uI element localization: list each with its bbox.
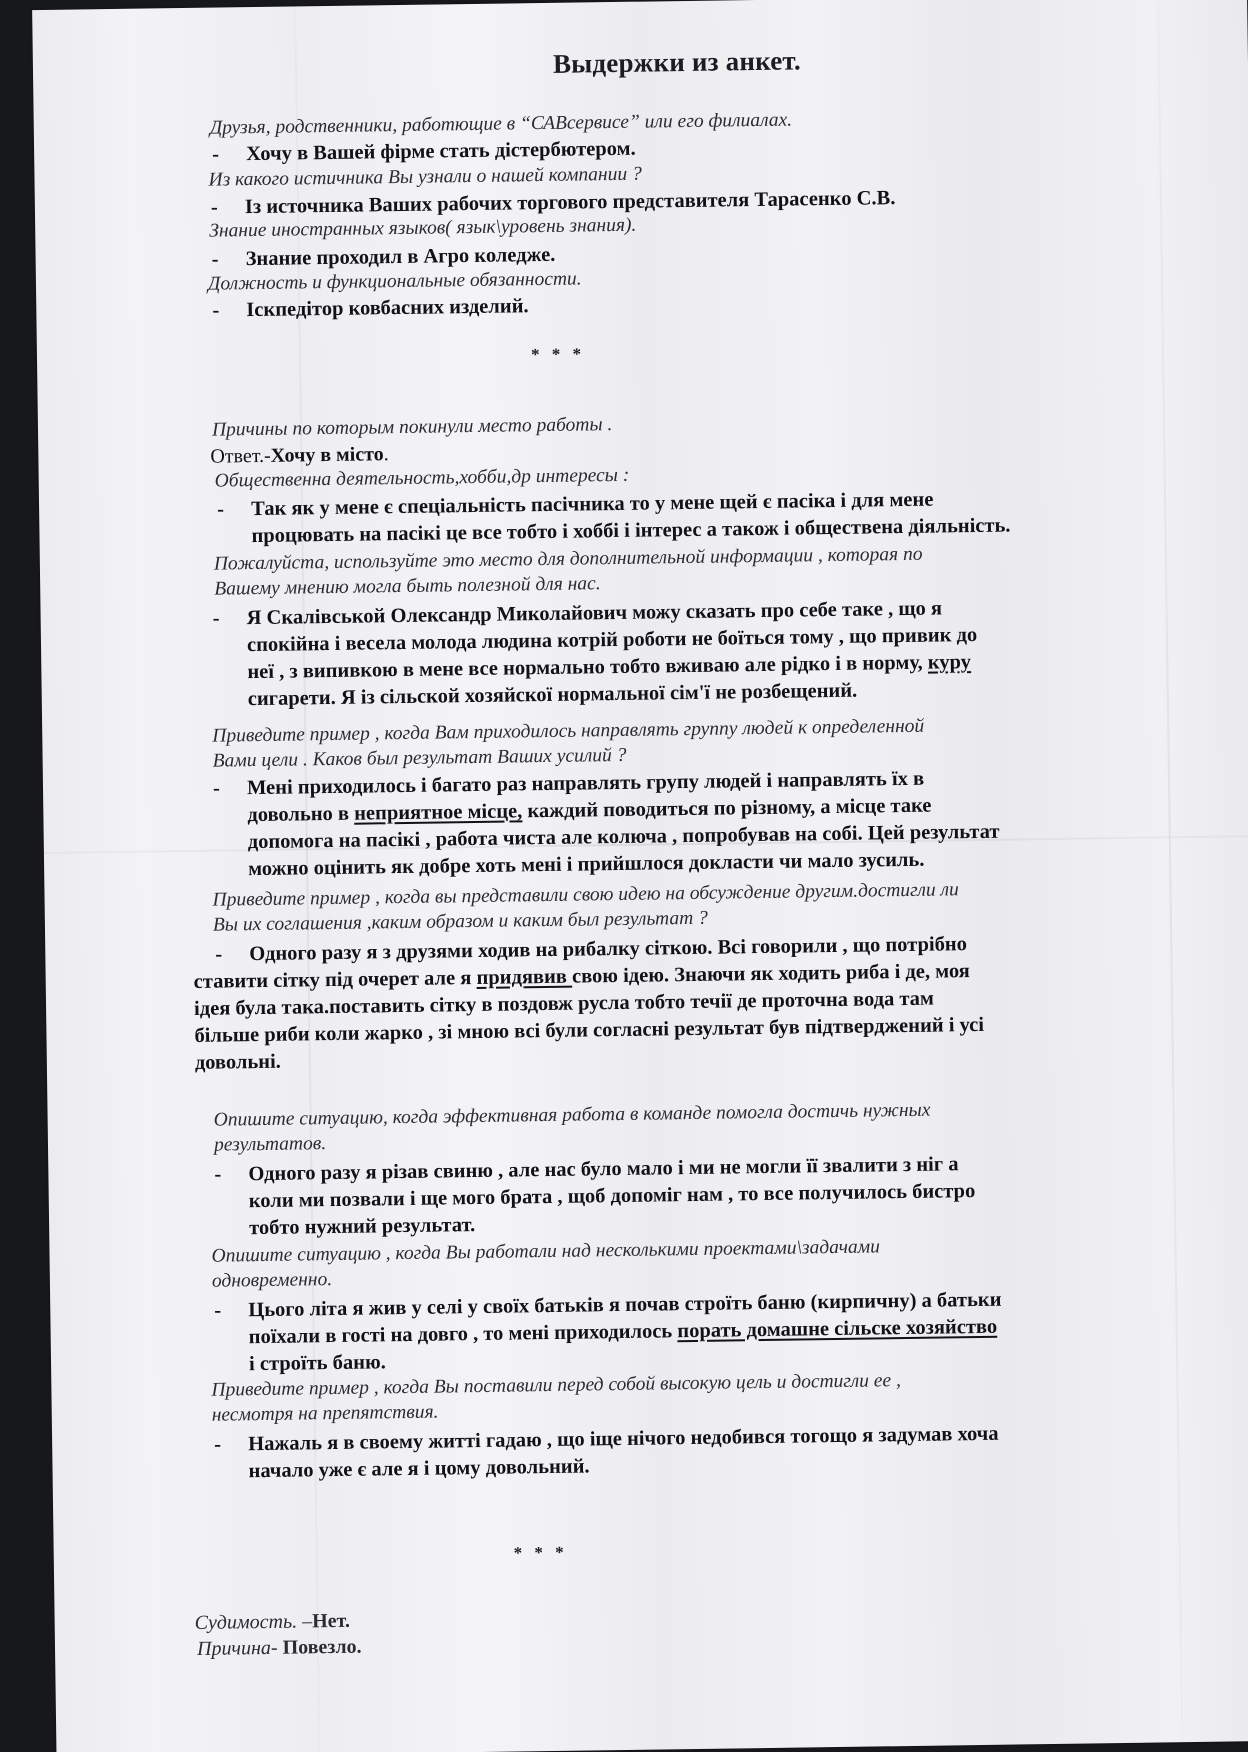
underlined-word: куру xyxy=(928,651,971,674)
underlined-word: придявив xyxy=(476,966,572,989)
list-dash: - xyxy=(215,942,222,969)
list-dash: - xyxy=(211,195,218,222)
reason-line: Причина- Повезло. xyxy=(197,1636,362,1661)
list-dash: - xyxy=(212,298,219,325)
list-dash: - xyxy=(212,606,219,633)
answer-leave-reason: Ответ.-Хочу в місто. xyxy=(210,441,389,470)
question-teamwork: Опишите ситуацию, когда эффективная рабо… xyxy=(213,1098,930,1158)
answer-position: - Іскпедітор ковбасних изделий. xyxy=(246,293,529,324)
answer-high-goal: - Нажаль я в своему житті гадаю , що іще… xyxy=(248,1421,999,1485)
scanned-paper-sheet: Выдержки из анкет. Друзья, родственники,… xyxy=(32,0,1248,1752)
underlined-phrase: неприятное місце, xyxy=(354,800,522,824)
list-dash: - xyxy=(213,776,220,803)
question-high-goal: Приведите пример , когда Вы поставили пе… xyxy=(211,1368,901,1428)
question-hobbies: Общественна деятельность,хобби,др интере… xyxy=(215,465,630,493)
question-relatives: Друзья, родственники, работющие в “САВсе… xyxy=(210,110,793,140)
answer-position-text: Іскпедітор ковбасних изделий. xyxy=(246,295,529,321)
conviction-answer: Нет. xyxy=(312,1610,350,1633)
underlined-phrase: порать домашне сільске хозяйство xyxy=(677,1316,997,1342)
question-multitasking: Опишите ситуацию , когда Вы работали над… xyxy=(211,1234,880,1293)
section-separator: * * * xyxy=(531,344,585,365)
question-leading-group: Приведите пример , когда Вам приходилось… xyxy=(212,714,925,774)
list-dash: - xyxy=(217,496,224,523)
question-position: Должность и функциональные обязанности. xyxy=(208,268,582,295)
answer-hobbies: - Так як у мене є спеціальність пасічник… xyxy=(251,486,1011,551)
reason-answer: Повезло. xyxy=(277,1636,361,1659)
answer-multitasking: - Цього літа я жив у селі у своїх батькі… xyxy=(248,1287,1002,1379)
question-leave-reason: Причины по которым покинули место работы… xyxy=(212,414,613,442)
section-separator: * * * xyxy=(514,1543,568,1564)
conviction-line: Судимость. –Нет. xyxy=(195,1610,351,1635)
list-dash: - xyxy=(212,142,219,169)
question-additional-info: Пожалуйста, используйте это место для до… xyxy=(214,542,923,602)
document-title: Выдержки из анкет. xyxy=(553,45,801,79)
question-idea-discussion: Приведите пример , когда вы представили … xyxy=(212,877,959,937)
list-dash: - xyxy=(214,1298,221,1325)
document-body: Выдержки из анкет. Друзья, родственники,… xyxy=(32,0,1248,1752)
answer-idea-discussion: - Одного разу я з друзями ходив на рибал… xyxy=(249,929,1127,1076)
answer-teamwork: - Одного разу я різав свиню , але нас бу… xyxy=(248,1151,976,1242)
list-dash: - xyxy=(214,1432,221,1459)
answer-leading-group: - Мені приходилось і багато раз направля… xyxy=(247,765,1000,883)
answer-languages: - Знание проходил в Агро коледже. xyxy=(245,242,555,273)
answer-relatives: - Хочу в Вашей фірме стать дістербютером… xyxy=(246,136,636,168)
question-source: Из какого истичника Вы узнали о нашей ко… xyxy=(208,164,642,192)
question-languages: Знание иностранных языков( язык\уровень … xyxy=(209,215,636,243)
answer-additional-info: - Я Скалівськой Олександр Миколайович мо… xyxy=(246,595,978,713)
list-dash: - xyxy=(211,247,218,274)
list-dash: - xyxy=(214,1162,221,1189)
